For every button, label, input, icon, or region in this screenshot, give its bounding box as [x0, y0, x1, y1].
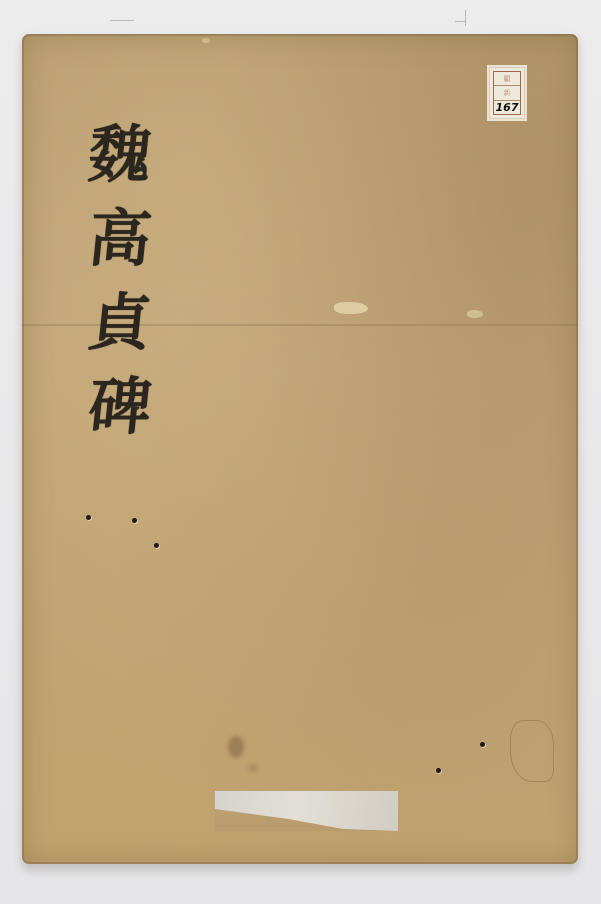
title-char-3: 貞 [85, 288, 154, 358]
paper-fleck [334, 302, 368, 314]
wormhole [436, 768, 441, 773]
title-char-2: 高 [85, 204, 154, 274]
title-char-1: 魏 [85, 120, 154, 190]
catalog-label: 顧 新 167 [489, 67, 525, 119]
catalog-number: 167 [494, 101, 520, 114]
paper-fleck [467, 310, 483, 318]
wormhole [132, 518, 137, 523]
scan-mark-left [110, 20, 134, 21]
wormhole [154, 543, 159, 548]
title-char-4: 碑 [85, 372, 154, 442]
cover-title: 魏 高 貞 碑 [80, 120, 160, 442]
catalog-label-row2: 新 [494, 86, 520, 100]
wormhole [86, 515, 91, 520]
stain [248, 764, 258, 772]
catalog-label-row1: 顧 [494, 72, 520, 86]
catalog-label-frame: 顧 新 167 [493, 71, 521, 115]
paper-fleck [202, 38, 210, 43]
water-stain-outline [510, 720, 554, 782]
scan-mark-right [465, 10, 466, 26]
scan-mark-right-h [455, 21, 465, 22]
book-cover: 魏 高 貞 碑 顧 新 167 [22, 34, 578, 864]
stain [228, 736, 244, 758]
wormhole [480, 742, 485, 747]
